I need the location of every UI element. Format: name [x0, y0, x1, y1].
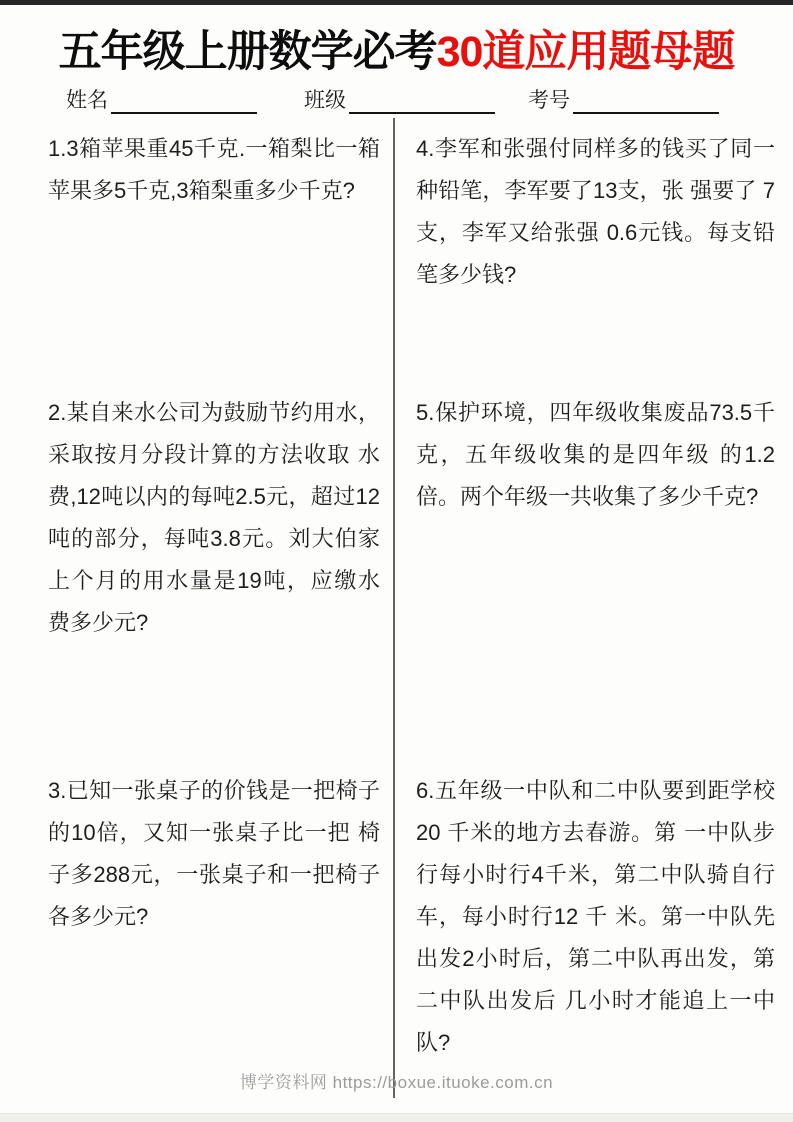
question-cell-2: 2.某自来水公司为鼓励节约用水，采取按月分段计算的方法收取 水费,12吨以内的每… — [0, 382, 394, 760]
worksheet-page: 五年级上册数学必考30道应用题母题 姓名 班级 考号 1.3箱苹果重45千克.一… — [0, 0, 793, 1122]
name-blank-line — [111, 90, 257, 114]
top-edge-bar — [0, 0, 793, 5]
question-cell-5: 5.保护环境，四年级收集废品73.5千克，五年级收集的是四年级 的1.2倍。两个… — [394, 382, 793, 760]
class-field: 班级 — [304, 84, 495, 114]
name-label: 姓名 — [66, 84, 108, 114]
name-field: 姓名 — [66, 84, 257, 114]
question-text-4: 4.李军和张强付同样多的钱买了同一种铅笔，李军要了13支，张 强要了 7 支，李… — [416, 128, 775, 296]
question-cell-1: 1.3箱苹果重45千克.一箱梨比一箱苹果多5千克,3箱梨重多少千克? — [0, 118, 394, 382]
question-text-1: 1.3箱苹果重45千克.一箱梨比一箱苹果多5千克,3箱梨重多少千克? — [48, 128, 380, 212]
question-text-5: 5.保护环境，四年级收集废品73.5千克，五年级收集的是四年级 的1.2倍。两个… — [416, 392, 775, 518]
bottom-edge-band — [0, 1113, 793, 1122]
question-text-6: 6.五年级一中队和二中队要到距学校20 千米的地方去春游。第 一中队步行每小时行… — [416, 770, 775, 1062]
exam-number-field: 考号 — [528, 84, 719, 114]
class-label: 班级 — [304, 84, 346, 114]
question-cell-3: 3.已知一张桌子的价钱是一把椅子的10倍，又知一张桌子比一把 椅子多288元，一… — [0, 760, 394, 1062]
page-title: 五年级上册数学必考30道应用题母题 — [0, 26, 793, 78]
class-blank-line — [349, 90, 495, 114]
question-cell-6: 6.五年级一中队和二中队要到距学校20 千米的地方去春游。第 一中队步行每小时行… — [394, 760, 793, 1062]
exam-number-label: 考号 — [528, 84, 570, 114]
question-text-2: 2.某自来水公司为鼓励节约用水，采取按月分段计算的方法收取 水费,12吨以内的每… — [48, 392, 380, 644]
exam-number-blank-line — [573, 90, 719, 114]
column-divider-line — [393, 118, 395, 1098]
title-main-text: 五年级上册数学必考 — [59, 28, 437, 76]
question-cell-4: 4.李军和张强付同样多的钱买了同一种铅笔，李军要了13支，张 强要了 7 支，李… — [394, 118, 793, 382]
worksheet-grid: 1.3箱苹果重45千克.一箱梨比一箱苹果多5千克,3箱梨重多少千克? 4.李军和… — [0, 118, 793, 1062]
title-highlight-text: 30道应用题母题 — [437, 28, 735, 76]
question-text-3: 3.已知一张桌子的价钱是一把椅子的10倍，又知一张桌子比一把 椅子多288元，一… — [48, 770, 380, 938]
footer-site-credit: 博学资料网 https://boxue.ituoke.com.cn — [0, 1068, 793, 1093]
